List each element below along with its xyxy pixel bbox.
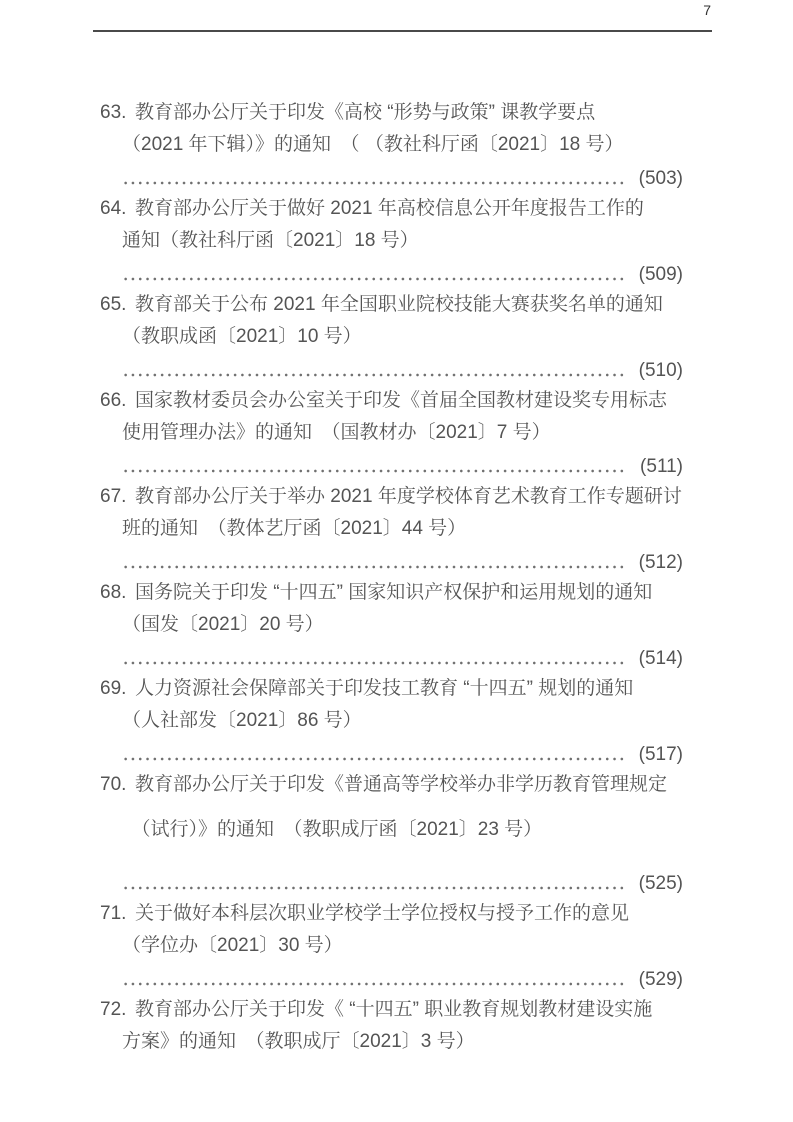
entry-title-text: 关于做好本科层次职业学校学士学位授权与授予工作的意见 xyxy=(135,903,629,924)
entry-title-text: 国家教材委员会办公室关于印发《首届全国教材建设奖专用标志 xyxy=(135,390,667,411)
entry-continuation-line: （学位办〔2021〕30 号） xyxy=(122,930,683,962)
entry-number: 71. xyxy=(100,898,135,930)
dotted-leader xyxy=(122,982,625,986)
entry-page-number: (529) xyxy=(639,964,683,996)
entry-continuation-line: 班的通知 （教体艺厅函〔2021〕44 号） xyxy=(122,513,683,545)
entry-page-number: (509) xyxy=(639,259,683,291)
dotted-leader xyxy=(122,886,625,890)
entry-title-line: 69.人力资源社会保障部关于印发技工教育 “十四五” 规划的通知 xyxy=(100,673,683,705)
entry-page-number: (525) xyxy=(639,868,683,900)
toc-entry: 68.国务院关于印发 “十四五” 国家知识产权保护和运用规划的通知 （国发〔20… xyxy=(100,577,683,673)
toc-entry: 64.教育部办公厅关于做好 2021 年高校信息公开年度报告工作的 通知（教社科… xyxy=(100,193,683,289)
entry-number: 63. xyxy=(100,97,135,129)
entry-continuation-line: （试行）》的通知 （教职成厅函〔2021〕23 号） xyxy=(122,814,683,846)
dotted-leader xyxy=(122,757,625,761)
page-number: 7 xyxy=(703,2,711,18)
entry-leader-row: (517) xyxy=(122,737,683,769)
entry-title-text: 国务院关于印发 “十四五” 国家知识产权保护和运用规划的通知 xyxy=(135,582,652,603)
entry-leader-row: (514) xyxy=(122,641,683,673)
entry-page-number: (512) xyxy=(639,547,683,579)
dotted-leader xyxy=(122,181,625,185)
entry-continuation-line: （国发〔2021〕20 号） xyxy=(122,609,683,641)
entry-continuation-line: 方案》的通知 （教职成厅〔2021〕3 号） xyxy=(122,1026,683,1058)
entry-page-number: (503) xyxy=(639,163,683,195)
entry-number: 64. xyxy=(100,193,135,225)
entry-number: 69. xyxy=(100,673,135,705)
entry-leader-row: (510) xyxy=(122,353,683,385)
entry-title-line: 63.教育部办公厅关于印发《高校 “形势与政策” 课教学要点 xyxy=(100,97,683,129)
entry-title-text: 教育部办公厅关于印发《高校 “形势与政策” 课教学要点 xyxy=(135,102,595,123)
toc-entry: 63.教育部办公厅关于印发《高校 “形势与政策” 课教学要点 （2021 年下辑… xyxy=(100,97,683,193)
dotted-leader xyxy=(122,661,625,665)
entry-number: 68. xyxy=(100,577,135,609)
dotted-leader xyxy=(122,469,626,473)
entry-continuation-line: （教职成函〔2021〕10 号） xyxy=(122,321,683,353)
entry-title-line: 67.教育部办公厅关于举办 2021 年度学校体育艺术教育工作专题研讨 xyxy=(100,481,683,513)
entry-title-text: 人力资源社会保障部关于印发技工教育 “十四五” 规划的通知 xyxy=(135,678,633,699)
entry-leader-row: (511) xyxy=(122,449,683,481)
entry-title-line: 72.教育部办公厅关于印发《 “十四五” 职业教育规划教材建设实施 xyxy=(100,994,683,1026)
entry-continuation-line: 使用管理办法》的通知 （国教材办〔2021〕7 号） xyxy=(122,417,683,449)
entry-leader-row: (512) xyxy=(122,545,683,577)
entry-title-text: 教育部办公厅关于举办 2021 年度学校体育艺术教育工作专题研讨 xyxy=(135,486,682,507)
entry-number: 66. xyxy=(100,385,135,417)
entry-title-text: 教育部办公厅关于印发《普通高等学校举办非学历教育管理规定 xyxy=(135,774,667,795)
entry-continuation-line: 通知（教社科厅函〔2021〕18 号） xyxy=(122,225,683,257)
entry-number: 70. xyxy=(100,769,135,801)
toc-entry: 65.教育部关于公布 2021 年全国职业院校技能大赛获奖名单的通知 （教职成函… xyxy=(100,289,683,385)
entry-title-line: 64.教育部办公厅关于做好 2021 年高校信息公开年度报告工作的 xyxy=(100,193,683,225)
entry-title-line: 68.国务院关于印发 “十四五” 国家知识产权保护和运用规划的通知 xyxy=(100,577,683,609)
entry-number: 72. xyxy=(100,994,135,1026)
dotted-leader xyxy=(122,277,625,281)
toc-entry: 69.人力资源社会保障部关于印发技工教育 “十四五” 规划的通知 （人社部发〔2… xyxy=(100,673,683,769)
toc-entry: 71.关于做好本科层次职业学校学士学位授权与授予工作的意见 （学位办〔2021〕… xyxy=(100,898,683,994)
dotted-leader xyxy=(122,373,625,377)
entry-title-line: 70.教育部办公厅关于印发《普通高等学校举办非学历教育管理规定 xyxy=(100,769,683,801)
entry-title-line: 66.国家教材委员会办公室关于印发《首届全国教材建设奖专用标志 xyxy=(100,385,683,417)
toc-entry: 70.教育部办公厅关于印发《普通高等学校举办非学历教育管理规定 （试行）》的通知… xyxy=(100,769,683,898)
entry-number: 67. xyxy=(100,481,135,513)
toc-entry: 72.教育部办公厅关于印发《 “十四五” 职业教育规划教材建设实施 方案》的通知… xyxy=(100,994,683,1058)
entry-page-number: (511) xyxy=(640,451,683,483)
entry-page-number: (510) xyxy=(639,355,683,387)
entry-continuation-line: （2021 年下辑）》的通知 （ （教社科厅函〔2021〕18 号） xyxy=(122,129,683,161)
entry-title-line: 65.教育部关于公布 2021 年全国职业院校技能大赛获奖名单的通知 xyxy=(100,289,683,321)
entry-leader-row: (529) xyxy=(122,962,683,994)
entry-title-text: 教育部办公厅关于印发《 “十四五” 职业教育规划教材建设实施 xyxy=(135,999,652,1020)
entry-title-line: 71.关于做好本科层次职业学校学士学位授权与授予工作的意见 xyxy=(100,898,683,930)
entry-leader-row: (509) xyxy=(122,257,683,289)
entry-page-number: (517) xyxy=(639,739,683,771)
dotted-leader xyxy=(122,565,625,569)
toc-list: 63.教育部办公厅关于印发《高校 “形势与政策” 课教学要点 （2021 年下辑… xyxy=(100,97,683,1058)
toc-entry: 67.教育部办公厅关于举办 2021 年度学校体育艺术教育工作专题研讨 班的通知… xyxy=(100,481,683,577)
toc-entry: 66.国家教材委员会办公室关于印发《首届全国教材建设奖专用标志 使用管理办法》的… xyxy=(100,385,683,481)
entry-number: 65. xyxy=(100,289,135,321)
entry-title-text: 教育部关于公布 2021 年全国职业院校技能大赛获奖名单的通知 xyxy=(135,294,663,315)
entry-title-text: 教育部办公厅关于做好 2021 年高校信息公开年度报告工作的 xyxy=(135,198,644,219)
entry-leader-row: (503) xyxy=(122,161,683,193)
document-page: 7 63.教育部办公厅关于印发《高校 “形势与政策” 课教学要点 （2021 年… xyxy=(0,0,793,1122)
entry-page-number: (514) xyxy=(639,643,683,675)
header-rule xyxy=(93,30,712,32)
entry-continuation-line: （人社部发〔2021〕86 号） xyxy=(122,705,683,737)
entry-leader-row: (525) xyxy=(122,866,683,898)
